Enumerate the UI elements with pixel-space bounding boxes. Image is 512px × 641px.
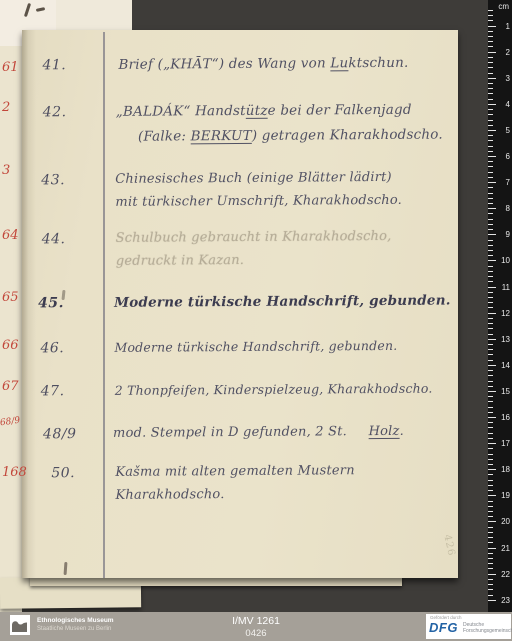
ruler-major-tick [488,26,496,27]
ruler-minor-tick [488,542,493,543]
ruler-minor-tick [488,464,493,465]
ruler-major-tick [488,182,496,183]
ruler-cm-label: 8 [496,204,510,213]
entry-line: Kharakhodscho. [115,487,224,503]
ruler-minor-tick [488,177,493,178]
ruler-cm-label: 11 [496,283,510,292]
ruler-minor-tick [488,558,493,559]
scan-viewport: 41.Brief („KHĀT“) des Wang von Luktschun… [0,0,512,641]
ruler-major-tick [488,574,496,575]
ruler-minor-tick [488,140,493,141]
margin-number: 2 [2,100,10,115]
ruler-major-tick [488,417,496,418]
ruler-minor-tick [488,568,493,569]
entry-line: Kašma mit alten gemalten Mustern [115,463,355,480]
ruler-major-tick [488,260,496,261]
ruler-minor-tick [488,114,493,115]
dfg-abbr: DFG [429,620,458,635]
entry-number: 45. [38,295,64,311]
ruler-minor-tick [488,151,493,152]
ruler-minor-tick [488,448,493,449]
ruler-cm-label: 15 [496,387,510,396]
entry-number: 46. [40,340,64,356]
margin-number: 67 [2,379,19,394]
ruler-cm-label: 20 [496,517,510,526]
ruler-minor-tick [488,276,493,277]
ruler-minor-tick [488,396,493,397]
ruler-cm-label: 10 [496,256,510,265]
ruler-minor-tick [488,229,493,230]
ruler-major-tick [488,443,496,444]
ruler-minor-tick [488,506,493,507]
ruler-minor-tick [488,563,493,564]
ruler-minor-tick [488,120,493,121]
ruler-minor-tick [488,438,493,439]
ruler-cm-label: 16 [496,413,510,422]
ruler-minor-tick [488,15,493,16]
ruler-cm-label: 14 [496,361,510,370]
ruler-major-tick [488,365,496,366]
ruler-minor-tick [488,485,493,486]
ruler-minor-tick [488,595,493,596]
ruler-minor-tick [488,281,493,282]
ruler-minor-tick [488,46,493,47]
ruler-minor-tick [488,537,493,538]
ruler-major-tick [488,548,496,549]
ruler-minor-tick [488,161,493,162]
entry-line: 2 Thonpfeifen, Kinderspielzeug, Kharakho… [115,381,433,398]
entry-number: 47. [41,383,65,399]
ruler-cm-label: 23 [496,596,510,605]
ruler-minor-tick [488,579,493,580]
ruler-major-tick [488,313,496,314]
ruler-minor-tick [488,266,493,267]
binding-crease [22,30,36,578]
ruler-major-tick [488,521,496,522]
ruler-major-tick [488,104,496,105]
entry-line: Schulbuch gebraucht in Kharakhodscho, [116,229,392,246]
ruler-minor-tick [488,427,493,428]
underlying-page-edge [0,0,22,612]
entry-line: „BALDÁK“ Handstütze bei der Falkenjagd [116,102,412,120]
ruler-cm-label: 18 [496,465,510,474]
ruler-minor-tick [488,146,493,147]
ruler-minor-tick [488,370,493,371]
margin-number: 61 [2,60,19,75]
ruler-cm-label: 19 [496,491,510,500]
ruler-minor-tick [488,187,493,188]
ruler-major-tick [488,52,496,53]
ruler-major-tick [488,495,496,496]
ruler-minor-tick [488,454,493,455]
entry-line: Brief („KHĀT“) des Wang von Luktschun. [118,55,408,73]
ruler-minor-tick [488,584,493,585]
ruler-major-tick [488,78,496,79]
ruler-major-tick [488,391,496,392]
ruler-major-tick [488,600,496,601]
entry-line: mod. Stempel in D gefunden, 2 St. Holz. [113,424,404,441]
ruler-minor-tick [488,459,493,460]
ruler-minor-tick [488,245,493,246]
ruler-minor-tick [488,433,493,434]
ruler-major-tick [488,469,496,470]
entry-line: Chinesisches Buch (einige Blätter lädirt… [115,170,392,187]
ruler-minor-tick [488,172,493,173]
ruler-minor-tick [488,511,493,512]
ruler-minor-tick [488,401,493,402]
ruler-minor-tick [488,224,493,225]
ruler-minor-tick [488,240,493,241]
entry-line: (Falke: BERKUT) getragen Kharakhodscho. [138,127,443,145]
ruler-minor-tick [488,422,493,423]
ruler-minor-tick [488,480,493,481]
ruler-minor-tick [488,412,493,413]
margin-number: 64 [2,228,19,243]
entry-line: gedruckt in Kazan. [116,253,244,269]
ruler-minor-tick [488,307,493,308]
ruler-minor-tick [488,41,493,42]
ruler-minor-tick [488,349,493,350]
ruler-minor-tick [488,67,493,68]
ruler-minor-tick [488,125,493,126]
entry-line: Moderne türkische Handschrift, gebunden. [114,338,397,355]
ruler-cm-label: 22 [496,570,510,579]
ruler-minor-tick [488,297,493,298]
entry-number: 41. [42,57,66,73]
ruler-minor-tick [488,344,493,345]
ruler-minor-tick [488,386,493,387]
dfg-name: Deutsche Forschungsgemeinschaft [463,622,511,634]
ruled-margin-line [103,32,105,578]
ruler-minor-tick [488,93,493,94]
ruler-minor-tick [488,354,493,355]
ruler-minor-tick [488,589,493,590]
ruler-minor-tick [488,73,493,74]
ruler-minor-tick [488,271,493,272]
ruler-cm-label: 9 [496,230,510,239]
ruler-minor-tick [488,219,493,220]
ruler-minor-tick [488,193,493,194]
ruler-minor-tick [488,88,493,89]
ruler-cm-label: 4 [496,100,510,109]
ruler-major-tick [488,287,496,288]
ruler-cm-label: 7 [496,178,510,187]
ruler-minor-tick [488,62,493,63]
margin-number: 65 [2,290,19,305]
ruler-cm-label: 5 [496,126,510,135]
ruler-cm-label: 21 [496,544,510,553]
ruler-cm-label: 3 [496,74,510,83]
ruler-minor-tick [488,203,493,204]
margin-number: 168 [2,465,27,480]
dfg-logo: Gefördert durch DFG Deutsche Forschungsg… [426,614,511,639]
ruler-minor-tick [488,20,493,21]
ruler-minor-tick [488,57,493,58]
ruler-minor-tick [488,10,493,11]
ruler-cm-label: 17 [496,439,510,448]
ruler-minor-tick [488,323,493,324]
ruler-minor-tick [488,31,493,32]
ruler-minor-tick [488,474,493,475]
entry-number: 44. [42,231,66,247]
ruler-minor-tick [488,318,493,319]
ruler-minor-tick [488,292,493,293]
ruler-minor-tick [488,553,493,554]
ruler-minor-tick [488,255,493,256]
ruler-minor-tick [488,99,493,100]
ruler-minor-tick [488,213,493,214]
ruler-major-tick [488,339,496,340]
ruler-major-tick [488,156,496,157]
entry-line: mit türkischer Umschrift, Kharakhodscho. [115,193,402,210]
ruler-minor-tick [488,109,493,110]
ruler-minor-tick [488,36,493,37]
ruler-cm-label: 1 [496,22,510,31]
ruler-minor-tick [488,334,493,335]
ruler-minor-tick [488,490,493,491]
entry-number: 50. [51,465,75,481]
metadata-bar: Ethnologisches Museum Staatliche Museen … [0,612,512,641]
entry-line: Moderne türkische Handschrift, gebunden. [114,293,451,311]
ruler-minor-tick [488,407,493,408]
margin-number: 66 [2,338,19,353]
ruler-cm-label: 12 [496,309,510,318]
ruler-minor-tick [488,501,493,502]
entry-number: 42. [43,104,67,120]
ruler-cm-label: 13 [496,335,510,344]
ruler-unit-label: cm [498,2,509,11]
ruler-minor-tick [488,302,493,303]
ruler-minor-tick [488,516,493,517]
ruler-minor-tick [488,250,493,251]
ruler-minor-tick [488,375,493,376]
ruler-minor-tick [488,360,493,361]
ruler-major-tick [488,234,496,235]
ruler-cm-label: 6 [496,152,510,161]
cm-ruler: cm 1234567891011121314151617181920212223 [488,0,512,612]
ruler-minor-tick [488,527,493,528]
ruler-minor-tick [488,135,493,136]
entry-number: 48/9 [43,426,77,442]
ruler-minor-tick [488,198,493,199]
ruler-minor-tick [488,532,493,533]
entry-number: 43. [41,172,65,188]
margin-number: 3 [2,163,10,178]
ruler-minor-tick [488,381,493,382]
ruler-minor-tick [488,328,493,329]
ruler-cm-label: 2 [496,48,510,57]
ruler-major-tick [488,130,496,131]
ruler-major-tick [488,208,496,209]
ruler-minor-tick [488,166,493,167]
ruler-minor-tick [488,83,493,84]
